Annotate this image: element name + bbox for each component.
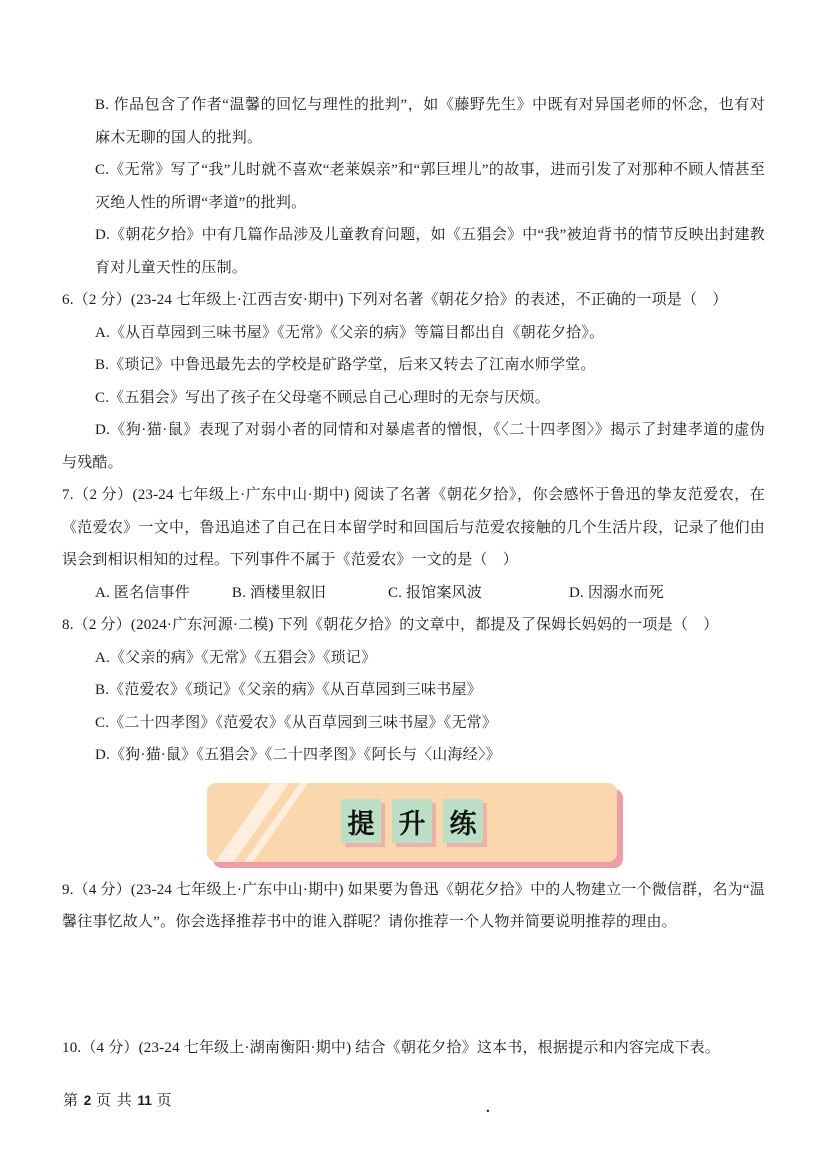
question-7-option-d: D. 因溺水而死 — [569, 577, 664, 610]
question-9-stem: 9.（4 分）(23-24 七年级上·广东中山·期中) 如果要为鲁迅《朝花夕拾》… — [62, 874, 765, 939]
footer-prefix: 第 — [63, 1093, 79, 1109]
question-6-stem: 6.（2 分）(23-24 七年级上·江西吉安·期中) 下列对名著《朝花夕拾》的… — [62, 284, 765, 317]
page-footer: 第 2 页 共 11 页 — [63, 1089, 173, 1110]
banner-char-tile: 提 — [341, 799, 381, 843]
question-8-option-b: B.《范爱农》《琐记》《父亲的病》《从百草园到三味书屋》 — [62, 674, 765, 707]
banner-char-tile: 练 — [443, 799, 483, 843]
banner-card: 提 升 练 — [207, 783, 617, 862]
question-5-option-b: B. 作品包含了作者“温馨的回忆与理性的批判”，如《藤野先生》中既有对异国老师的… — [62, 89, 765, 154]
question-8-option-c: C.《二十四孝图》《范爱农》《从百草园到三味书屋》《无常》 — [62, 707, 765, 740]
stray-dot-mark: . — [486, 1100, 490, 1117]
footer-total-pages: 11 — [138, 1093, 152, 1108]
question-7-option-b: B. 酒楼里叙旧 — [232, 577, 326, 610]
question-6-option-a: A.《从百草园到三味书屋》《无常》《父亲的病》等篇目都出自《朝花夕拾》。 — [62, 317, 765, 350]
question-6-option-d: D.《狗·猫·鼠》表现了对弱小者的同情和对暴虐者的憎恨，《〈二十四孝图〉》揭示了… — [62, 414, 765, 479]
question-7-option-a: A. 匿名信事件 — [95, 577, 190, 610]
question-7-stem: 7.（2 分）(23-24 七年级上·广东中山·期中) 阅读了名著《朝花夕拾》，… — [62, 479, 765, 577]
question-10-stem: 10.（4 分）(23-24 七年级上·湖南衡阳·期中) 结合《朝花夕拾》这本书… — [62, 1032, 765, 1065]
banner-char-tile: 升 — [392, 799, 432, 843]
footer-middle: 页 共 — [96, 1093, 133, 1109]
question-7-option-c: C. 报馆案风波 — [388, 577, 482, 610]
question-8-option-d: D.《狗·猫·鼠》《五猖会》《二十四孝图》《阿长与〈山海经〉》 — [62, 739, 765, 772]
question-8-option-a: A.《父亲的病》《无常》《五猖会》《琐记》 — [62, 642, 765, 675]
question-6-option-b: B.《琐记》中鲁迅最先去的学校是矿路学堂，后来又转去了江南水师学堂。 — [62, 349, 765, 382]
question-6-option-c: C.《五猖会》写出了孩子在父母毫不顾忌自己心理时的无奈与厌烦。 — [62, 382, 765, 415]
footer-current-page: 2 — [84, 1093, 92, 1108]
question-5-option-d: D.《朝花夕拾》中有几篇作品涉及儿童教育问题，如《五猖会》中“我”被迫背书的情节… — [62, 219, 765, 284]
improvement-practice-banner: 提 升 练 — [207, 783, 617, 862]
answer-space — [62, 939, 765, 1032]
footer-suffix: 页 — [157, 1093, 173, 1109]
banner-title: 提 升 练 — [207, 799, 617, 843]
question-8-stem: 8.（2 分）(2024·广东河源·二模) 下列《朝花夕拾》的文章中，都提及了保… — [62, 609, 765, 642]
question-5-option-c: C.《无常》写了“我”儿时就不喜欢“老莱娱亲”和“郭巨埋儿”的故事，进而引发了对… — [62, 154, 765, 219]
page-content: B. 作品包含了作者“温馨的回忆与理性的批判”，如《藤野先生》中既有对异国老师的… — [62, 89, 765, 1064]
question-7-options-row: A. 匿名信事件 B. 酒楼里叙旧 C. 报馆案风波 D. 因溺水而死 — [62, 577, 765, 610]
exam-document-page: B. 作品包含了作者“温馨的回忆与理性的批判”，如《藤野先生》中既有对异国老师的… — [0, 0, 827, 1169]
